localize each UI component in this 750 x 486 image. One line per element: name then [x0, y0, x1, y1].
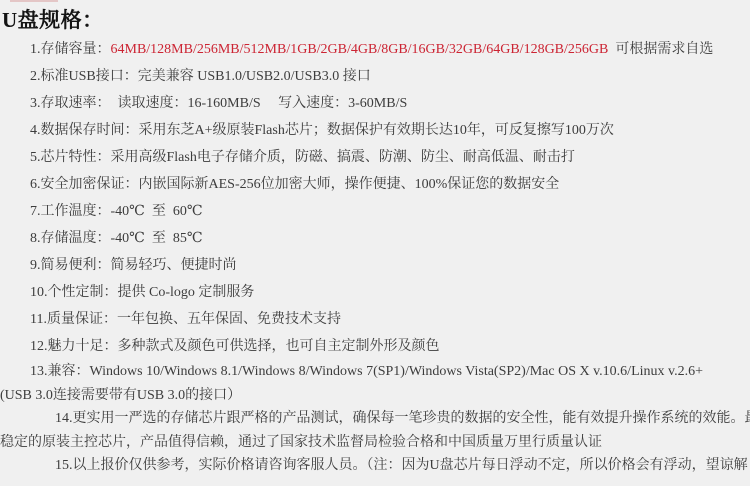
spec-item-encryption: 6.安全加密保证：内嵌国际新AES-256位加密大师，操作便捷、100%保证您的…: [0, 171, 750, 198]
spec-item-speed: 3.存取速率： 读取速度：16-160MB/S 写入速度：3-60MB/S: [0, 90, 750, 117]
quality-line-1: 14.更实用一严选的存储芯片跟严格的产品测试，确保每一笔珍贵的数据的安全性，能有…: [0, 407, 750, 431]
spec-item-usb-interface: 2.标准USB接口：完美兼容 USB1.0/USB2.0/USB3.0 接口: [0, 63, 750, 90]
spec-item-chip-features: 5.芯片特性：采用高级Flash电子存储介质，防磁、搞震、防潮、防尘、耐高低温、…: [0, 144, 750, 171]
spec-item-styles: 12.魅力十足：多种款式及颜色可供选择，也可自主定制外形及颜色: [0, 333, 750, 360]
spec-sheet: U盘规格： 1.存储容量：64MB/128MB/256MB/512MB/1GB/…: [0, 7, 750, 478]
spec-item-operating-temp: 7.工作温度：-40℃ 至 60℃: [0, 198, 750, 225]
capacity-note: 可根据需求自选: [608, 42, 713, 57]
compatibility-line-1: 13.兼容：Windows 10/Windows 8.1/Windows 8/W…: [0, 360, 750, 384]
cropped-text-artifact: [10, 0, 58, 2]
spec-item-quality-paragraph: 14.更实用一严选的存储芯片跟严格的产品测试，确保每一笔珍贵的数据的安全性，能有…: [0, 407, 750, 454]
compatibility-line-2: (USB 3.0连接需要带有USB 3.0的接口）: [0, 384, 750, 408]
spec-item-compatibility: 13.兼容：Windows 10/Windows 8.1/Windows 8/W…: [0, 360, 750, 407]
spec-item-data-retention: 4.数据保存时间：采用东芝A+级原装Flash芯片；数据保护有效期长达10年，可…: [0, 117, 750, 144]
capacity-options: 64MB/128MB/256MB/512MB/1GB/2GB/4GB/8GB/1…: [111, 42, 609, 57]
capacity-label: 1.存储容量：: [30, 42, 111, 57]
spec-item-capacity: 1.存储容量：64MB/128MB/256MB/512MB/1GB/2GB/4G…: [0, 36, 750, 63]
spec-item-convenience: 9.简易便利：简易轻巧、便捷时尚: [0, 252, 750, 279]
spec-item-custom-logo: 10.个性定制：提供 Co-logo 定制服务: [0, 279, 750, 306]
page-title: U盘规格：: [2, 7, 750, 33]
spec-item-warranty: 11.质量保证：一年包换、五年保固、免费技术支持: [0, 306, 750, 333]
spec-item-storage-temp: 8.存储温度：-40℃ 至 85℃: [0, 225, 750, 252]
spec-list: 1.存储容量：64MB/128MB/256MB/512MB/1GB/2GB/4G…: [0, 36, 750, 478]
quality-line-2: 稳定的原装主控芯片，产品值得信赖，通过了国家技术监督局检验合格和中国质量万里行质…: [0, 431, 750, 455]
spec-item-price-note: 15.以上报价仅供参考，实际价格请咨询客服人员。（注：因为U盘芯片每日浮动不定，…: [0, 454, 750, 478]
